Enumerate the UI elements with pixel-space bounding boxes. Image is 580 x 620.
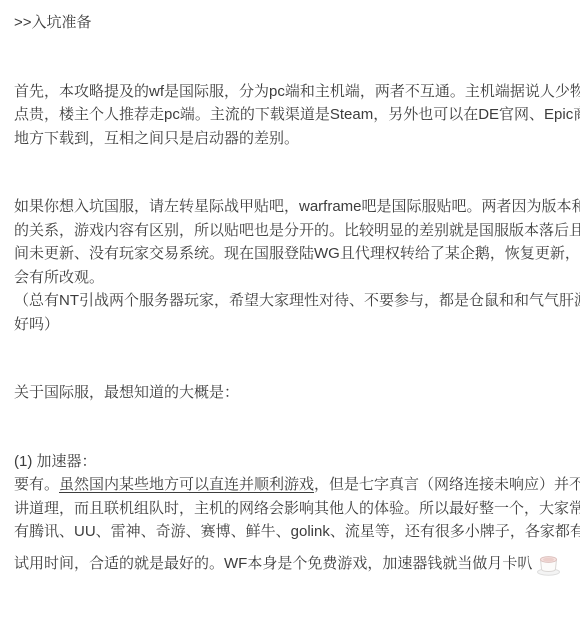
text-segment: ，但是七字真言（网络连接未响应）并不跟你 [314,476,580,493]
paragraph-accelerator: (1) 加速器： 要有。虽然国内某些地方可以直连并顺利游戏，但是七字真言（网络连… [14,450,566,576]
text-line: 关于国际服，最想知道的大概是： [14,381,566,405]
text-line: 首先，本攻略提及的wf是国际服，分为pc端和主机端，两者不互通。主机端据说人少物… [14,80,566,104]
text-line: 的关系，游戏内容有区别，所以贴吧也是分开的。比较明显的差别就是国服版本落后且长时 [14,219,566,243]
text-line: 会有所改观。 [14,266,566,290]
underlined-phrase: 虽然国内某些地方可以直连并顺利游戏 [59,476,314,493]
text-line: （总有NT引战两个服务器玩家，希望大家理性对待、不要参与，都是仓鼠和和气气肝游戏… [14,289,566,313]
text-line: 要有。虽然国内某些地方可以直连并顺利游戏，但是七字真言（网络连接未响应）并不跟你 [14,473,566,497]
text-segment: 要有。 [14,476,59,493]
paragraph-intro: 首先，本攻略提及的wf是国际服，分为pc端和主机端，两者不互通。主机端据说人少物… [14,80,566,151]
accelerator-heading: (1) 加速器： [14,450,566,474]
text-line: 讲道理，而且联机组队时，主机的网络会影响其他人的体验。所以最好整一个，大家常用的 [14,497,566,521]
text-line: 有腾讯、UU、雷神、奇游、赛博、鲜牛、golink、流星等，还有很多小牌子，各家… [14,520,566,544]
text-line: 地方下载到，互相之间只是启动器的差别。 [14,127,566,151]
paragraph-cn-server: 如果你想入坑国服，请左转星际战甲贴吧，warframe吧是国际服贴吧。两者因为版… [14,195,566,336]
text-line: 间未更新、没有玩家交易系统。现在国服登陆WG且代理权转给了某企鹅，恢复更新，未来 [14,242,566,266]
text-segment: 试用时间，合适的就是最好的。WF本身是个免费游戏，加速器钱就当做月卡叭 [14,552,532,576]
post-heading: >>入坑准备 [14,11,566,35]
paragraph-question-lead: 关于国际服，最想知道的大概是： [14,381,566,405]
text-line-with-emoji: 试用时间，合适的就是最好的。WF本身是个免费游戏，加速器钱就当做月卡叭 [14,552,566,576]
section-heading-block: >>入坑准备 [14,11,566,35]
text-line: 点贵，楼主个人推荐走pc端。主流的下载渠道是Steam，另外也可以在DE官网、E… [14,103,566,127]
text-line: 好吗） [14,313,566,337]
forum-post-body: >>入坑准备 首先，本攻略提及的wf是国际服，分为pc端和主机端，两者不互通。主… [0,0,580,576]
teacup-emoji [535,552,562,576]
text-line: 如果你想入坑国服，请左转星际战甲贴吧，warframe吧是国际服贴吧。两者因为版… [14,195,566,219]
